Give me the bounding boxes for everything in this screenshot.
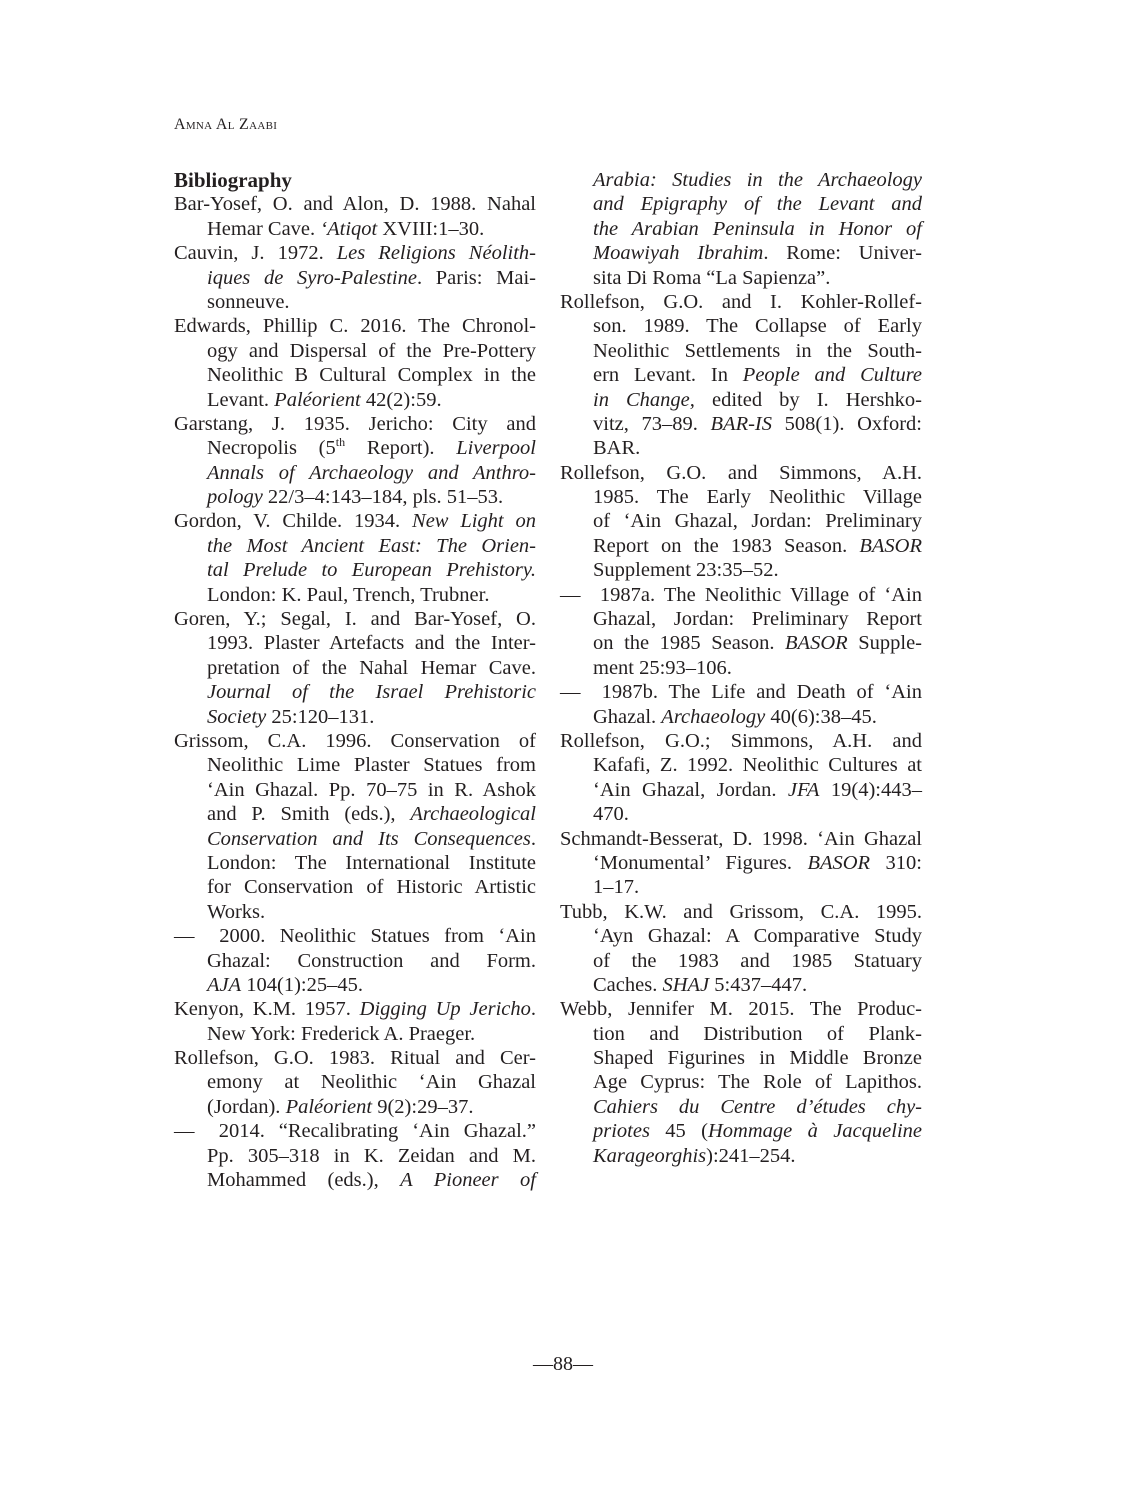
text: ‘Ayn Ghazal: A Comparative Study	[593, 925, 922, 947]
entry-line: — 2014. “Recalibrating ‘Ain Ghazal.”	[174, 1119, 536, 1143]
bibliography-right-column: Arabia: Studies in the Archaeologyand Ep…	[560, 168, 922, 1168]
text: Age Cyprus: The Role of Lapithos.	[593, 1071, 922, 1093]
text: .	[531, 998, 536, 1020]
text: 508(1). Oxford:	[772, 413, 922, 435]
entry-line: Ghazal: Construction and Form.	[174, 949, 536, 973]
text: Rollefson, G.O. and I. Kohler-Rollef-	[560, 291, 922, 313]
entry-line: — 1987b. The Life and Death of ‘Ain	[560, 680, 922, 704]
italic-text: Paléorient	[274, 389, 361, 411]
italic-text: Journal of the Israel Prehistoric	[207, 681, 536, 703]
text: Rollefson, G.O.; Simmons, A.H. and	[560, 730, 922, 752]
italic-text: Liverpool	[456, 437, 536, 459]
text: 1985. The Early Neolithic Village	[593, 486, 922, 508]
italic-text: priotes	[593, 1120, 650, 1142]
bibliography-entry: Rollefson, G.O. and Simmons, A.H.1985. T…	[560, 461, 922, 583]
entry-line: Edwards, Phillip C. 2016. The Chronol-	[174, 314, 536, 338]
text: London: K. Paul, Trench, Trubner.	[207, 584, 489, 606]
entry-line: Ghazal, Jordan: Preliminary Report	[560, 607, 922, 631]
italic-text: BASOR	[785, 632, 848, 654]
text: Necropolis (5	[207, 437, 336, 459]
text: Caches.	[593, 974, 662, 996]
entry-line: Cauvin, J. 1972. Les Religions Néolith-	[174, 241, 536, 265]
text: Rollefson, G.O. 1983. Ritual and Cer-	[174, 1047, 536, 1069]
italic-text: New Light on	[412, 510, 536, 532]
entry-line: Necropolis (5th Report). Liverpool	[174, 436, 536, 460]
text: Ghazal: Construction and Form.	[207, 950, 536, 972]
entry-line: ‘Ain Ghazal, Jordan. JFA 19(4):443–	[560, 778, 922, 802]
text: . Rome: Univer-	[763, 242, 922, 264]
entry-line: emony at Neolithic ‘Ain Ghazal	[174, 1070, 536, 1094]
italic-text: Hommage à Jacqueline	[708, 1120, 922, 1142]
entry-line: Supplement 23:35–52.	[560, 558, 922, 582]
entry-line: of ‘Ain Ghazal, Jordan: Preliminary	[560, 509, 922, 533]
bibliography-entry: Gordon, V. Childe. 1934. New Light onthe…	[174, 509, 536, 607]
text: 19(4):443–	[819, 779, 922, 801]
italic-text: JFA	[788, 779, 820, 801]
entry-line: 1985. The Early Neolithic Village	[560, 485, 922, 509]
text: of the 1983 and 1985 Statuary	[593, 950, 922, 972]
entry-line: Webb, Jennifer M. 2015. The Produc-	[560, 997, 922, 1021]
entry-line: Annals of Archaeology and Anthro-	[174, 461, 536, 485]
text: Edwards, Phillip C. 2016. The Chronol-	[174, 315, 536, 337]
bibliography-entry-same-author: — 2014. “Recalibrating ‘Ain Ghazal.”Pp. …	[174, 1119, 536, 1192]
text: Pp. 305–318 in K. Zeidan and M.	[207, 1145, 536, 1167]
text: 45 (	[650, 1120, 708, 1142]
italic-text: in Change,	[593, 389, 695, 411]
running-head-author: Amna Al Zaabi	[174, 116, 277, 134]
text: Tubb, K.W. and Grissom, C.A. 1995.	[560, 901, 922, 923]
entry-line: ‘Ain Ghazal. Pp. 70–75 in R. Ashok	[174, 778, 536, 802]
entry-line: pology 22/3–4:143–184, pls. 51–53.	[174, 485, 536, 509]
italic-text: Society	[207, 706, 266, 728]
italic-text: Arabia: Studies in the Archaeology	[593, 169, 922, 191]
italic-text: A Pioneer of	[400, 1169, 536, 1191]
entry-line: Arabia: Studies in the Archaeology	[560, 168, 922, 192]
entry-line: London: The International Institute	[174, 851, 536, 875]
text: sita Di Roma “La Sapienza”.	[593, 267, 830, 289]
entry-line: Hemar Cave. ‘Atiqot XVIII:1–30.	[174, 217, 536, 241]
text: . Paris: Mai-	[417, 267, 536, 289]
text: (Jordan).	[207, 1096, 286, 1118]
entry-line: Rollefson, G.O. and Simmons, A.H.	[560, 461, 922, 485]
text: Report).	[345, 437, 456, 459]
text: Bar-Yosef, O. and Alon, D. 1988. Nahal	[174, 193, 536, 215]
entry-line: ment 25:93–106.	[560, 656, 922, 680]
entry-line: Bar-Yosef, O. and Alon, D. 1988. Nahal	[174, 192, 536, 216]
entry-line: New York: Frederick A. Praeger.	[174, 1022, 536, 1046]
italic-text: Annals of Archaeology and Anthro-	[207, 462, 536, 484]
text: Rollefson, G.O. and Simmons, A.H.	[560, 462, 922, 484]
bibliography-entry: Grissom, C.A. 1996. Conservation ofNeoli…	[174, 729, 536, 924]
entry-line: 470.	[560, 802, 922, 826]
text: 25:120–131.	[266, 706, 374, 728]
italic-text: ‘Atiqot	[320, 218, 377, 240]
text: of ‘Ain Ghazal, Jordan: Preliminary	[593, 510, 922, 532]
entry-line: Levant. Paléorient 42(2):59.	[174, 388, 536, 412]
text: ‘Monumental’ Figures.	[593, 852, 807, 874]
entry-line: — 1987a. The Neolithic Village of ‘Ain	[560, 583, 922, 607]
text: Shaped Figurines in Middle Bronze	[593, 1047, 922, 1069]
entry-line: BAR.	[560, 436, 922, 460]
text: — 1987b. The Life and Death of ‘Ain	[560, 681, 922, 703]
text: — 2000. Neolithic Statues from ‘Ain	[174, 925, 536, 947]
text: and P. Smith (eds.),	[207, 803, 410, 825]
text: — 2014. “Recalibrating ‘Ain Ghazal.”	[174, 1120, 536, 1142]
entry-line: Rollefson, G.O.; Simmons, A.H. and	[560, 729, 922, 753]
entry-line: Gordon, V. Childe. 1934. New Light on	[174, 509, 536, 533]
entry-line: sita Di Roma “La Sapienza”.	[560, 266, 922, 290]
bibliography-entry: Kenyon, K.M. 1957. Digging Up Jericho.Ne…	[174, 997, 536, 1046]
text: on the 1985 Season.	[593, 632, 785, 654]
italic-text: BAR-IS	[711, 413, 772, 435]
entry-line: son. 1989. The Collapse of Early	[560, 314, 922, 338]
entry-line: London: K. Paul, Trench, Trubner.	[174, 583, 536, 607]
bibliography-title: Bibliography	[174, 168, 536, 192]
italic-text: SHAJ	[662, 974, 709, 996]
italic-text: pology	[207, 486, 263, 508]
text: Neolithic B Cultural Complex in the	[207, 364, 536, 386]
entry-line: Kenyon, K.M. 1957. Digging Up Jericho.	[174, 997, 536, 1021]
text: Kafafi, Z. 1992. Neolithic Cultures at	[593, 754, 922, 776]
entry-line: iques de Syro-Palestine. Paris: Mai-	[174, 266, 536, 290]
entry-line: Tubb, K.W. and Grissom, C.A. 1995.	[560, 900, 922, 924]
text: tion and Distribution of Plank-	[593, 1023, 922, 1045]
italic-text: Karageorghis	[593, 1145, 706, 1167]
bibliography-entry: Webb, Jennifer M. 2015. The Produc-tion …	[560, 997, 922, 1168]
entry-line: Age Cyprus: The Role of Lapithos.	[560, 1070, 922, 1094]
italic-text: tal Prelude to European Prehistory.	[207, 559, 536, 581]
italic-text: Digging Up Jericho	[360, 998, 531, 1020]
italic-text: the Most Ancient East: The Orien-	[207, 535, 536, 557]
text: Mohammed (eds.),	[207, 1169, 400, 1191]
text: 42(2):59.	[361, 389, 442, 411]
bibliography-entry-continuation: Arabia: Studies in the Archaeologyand Ep…	[560, 168, 922, 290]
italic-text: Les Religions Néolith-	[337, 242, 536, 264]
text: — 1987a. The Neolithic Village of ‘Ain	[560, 584, 922, 606]
entry-line: Society 25:120–131.	[174, 705, 536, 729]
entry-line: on the 1985 Season. BASOR Supple-	[560, 631, 922, 655]
entry-line: the Most Ancient East: The Orien-	[174, 534, 536, 558]
entry-line: priotes 45 (Hommage à Jacqueline	[560, 1119, 922, 1143]
right-entries: Arabia: Studies in the Archaeologyand Ep…	[560, 168, 922, 1168]
text: Webb, Jennifer M. 2015. The Produc-	[560, 998, 922, 1020]
italic-text: People and Culture	[743, 364, 922, 386]
bibliography-entry-same-author: — 2000. Neolithic Statues from ‘AinGhaza…	[174, 924, 536, 997]
entry-line: (Jordan). Paléorient 9(2):29–37.	[174, 1095, 536, 1119]
text: 40(6):38–45.	[765, 706, 877, 728]
entry-line: vitz, 73–89. BAR-IS 508(1). Oxford:	[560, 412, 922, 436]
text: edited by I. Hershko-	[695, 389, 922, 411]
text: Levant.	[207, 389, 274, 411]
italic-text: BASOR	[807, 852, 870, 874]
text: Kenyon, K.M. 1957.	[174, 998, 360, 1020]
bibliography-left-column: Bibliography Bar-Yosef, O. and Alon, D. …	[174, 168, 536, 1192]
text: 1–17.	[593, 876, 639, 898]
text: Gordon, V. Childe. 1934.	[174, 510, 412, 532]
bibliography-entry: Goren, Y.; Segal, I. and Bar-Yosef, O.19…	[174, 607, 536, 729]
text: Supple-	[848, 632, 922, 654]
text: Ghazal, Jordan: Preliminary Report	[593, 608, 922, 630]
bibliography-entry: Bar-Yosef, O. and Alon, D. 1988. NahalHe…	[174, 192, 536, 241]
bibliography-entry: Edwards, Phillip C. 2016. The Chronol-og…	[174, 314, 536, 412]
italic-text: Archaeology	[661, 706, 765, 728]
italic-text: Paléorient	[286, 1096, 373, 1118]
text: Supplement 23:35–52.	[593, 559, 779, 581]
text: Neolithic Lime Plaster Statues from	[207, 754, 536, 776]
bibliography-entry-same-author: — 1987a. The Neolithic Village of ‘AinGh…	[560, 583, 922, 681]
italic-text: Conservation and Its Consequences	[207, 828, 531, 850]
bibliography-entry: Rollefson, G.O.; Simmons, A.H. andKafafi…	[560, 729, 922, 827]
entry-line: tal Prelude to European Prehistory.	[174, 558, 536, 582]
text: 470.	[593, 803, 629, 825]
text: London: The International Institute	[207, 852, 536, 874]
italic-text: Moawiyah Ibrahim	[593, 242, 763, 264]
entry-line: tion and Distribution of Plank-	[560, 1022, 922, 1046]
bibliography-entry: Rollefson, G.O. and I. Kohler-Rollef-son…	[560, 290, 922, 461]
text: Schmandt-Besserat, D. 1998. ‘Ain Ghazal	[560, 828, 922, 850]
text: th	[336, 435, 345, 449]
entry-line: 1–17.	[560, 875, 922, 899]
italic-text: Archaeological	[410, 803, 536, 825]
entry-line: Schmandt-Besserat, D. 1998. ‘Ain Ghazal	[560, 827, 922, 851]
entry-line: ‘Monumental’ Figures. BASOR 310:	[560, 851, 922, 875]
text: Neolithic Settlements in the South-	[593, 340, 922, 362]
text: .	[531, 828, 536, 850]
text: Grissom, C.A. 1996. Conservation of	[174, 730, 536, 752]
bibliography-entry: Cauvin, J. 1972. Les Religions Néolith-i…	[174, 241, 536, 314]
italic-text: AJA	[207, 974, 241, 996]
text: Garstang, J. 1935. Jericho: City and	[174, 413, 536, 435]
text: ogy and Dispersal of the Pre-Pottery	[207, 340, 536, 362]
entry-line: sonneuve.	[174, 290, 536, 314]
entry-line: — 2000. Neolithic Statues from ‘Ain	[174, 924, 536, 948]
bibliography-entry: Garstang, J. 1935. Jericho: City andNecr…	[174, 412, 536, 510]
entry-line: and P. Smith (eds.), Archaeological	[174, 802, 536, 826]
text: BAR.	[593, 437, 640, 459]
entry-line: Report on the 1983 Season. BASOR	[560, 534, 922, 558]
bibliography-entry-same-author: — 1987b. The Life and Death of ‘AinGhaza…	[560, 680, 922, 729]
entry-line: Garstang, J. 1935. Jericho: City and	[174, 412, 536, 436]
entry-line: Karageorghis):241–254.	[560, 1144, 922, 1168]
text: ‘Ain Ghazal. Pp. 70–75 in R. Ashok	[207, 779, 536, 801]
text: emony at Neolithic ‘Ain Ghazal	[207, 1071, 536, 1093]
text: Hemar Cave.	[207, 218, 320, 240]
italic-text: iques de Syro-Palestine	[207, 267, 417, 289]
text: 1993. Plaster Artefacts and the Inter-	[207, 632, 536, 654]
bibliography-entry: Rollefson, G.O. 1983. Ritual and Cer-emo…	[174, 1046, 536, 1119]
entry-line: the Arabian Peninsula in Honor of	[560, 217, 922, 241]
entry-line: Moawiyah Ibrahim. Rome: Univer-	[560, 241, 922, 265]
entry-line: for Conservation of Historic Artistic	[174, 875, 536, 899]
text: vitz, 73–89.	[593, 413, 711, 435]
text: sonneuve.	[207, 291, 290, 313]
text: XVIII:1–30.	[377, 218, 484, 240]
entry-line: Journal of the Israel Prehistoric	[174, 680, 536, 704]
text: Cauvin, J. 1972.	[174, 242, 337, 264]
text: 5:437–447.	[709, 974, 807, 996]
entry-line: and Epigraphy of the Levant and	[560, 192, 922, 216]
entry-line: 1993. Plaster Artefacts and the Inter-	[174, 631, 536, 655]
entry-line: in Change, edited by I. Hershko-	[560, 388, 922, 412]
text: Goren, Y.; Segal, I. and Bar-Yosef, O.	[174, 608, 536, 630]
entry-line: of the 1983 and 1985 Statuary	[560, 949, 922, 973]
entry-line: Neolithic Settlements in the South-	[560, 339, 922, 363]
entry-line: Ghazal. Archaeology 40(6):38–45.	[560, 705, 922, 729]
text: pretation of the Nahal Hemar Cave.	[207, 657, 536, 679]
text: for Conservation of Historic Artistic	[207, 876, 536, 898]
italic-text: BASOR	[859, 535, 922, 557]
entry-line: Neolithic Lime Plaster Statues from	[174, 753, 536, 777]
entry-line: Pp. 305–318 in K. Zeidan and M.	[174, 1144, 536, 1168]
entry-line: ogy and Dispersal of the Pre-Pottery	[174, 339, 536, 363]
entry-line: Cahiers du Centre d’études chy-	[560, 1095, 922, 1119]
text: ern Levant. In	[593, 364, 743, 386]
entry-line: Goren, Y.; Segal, I. and Bar-Yosef, O.	[174, 607, 536, 631]
left-entries: Bar-Yosef, O. and Alon, D. 1988. NahalHe…	[174, 192, 536, 1192]
bibliography-entry: Tubb, K.W. and Grissom, C.A. 1995.‘Ayn G…	[560, 900, 922, 998]
text: ‘Ain Ghazal, Jordan.	[593, 779, 788, 801]
entry-line: AJA 104(1):25–45.	[174, 973, 536, 997]
entry-line: pretation of the Nahal Hemar Cave.	[174, 656, 536, 680]
page-number: —88—	[0, 1353, 1126, 1376]
text: ment 25:93–106.	[593, 657, 732, 679]
text: ):241–254.	[706, 1145, 795, 1167]
italic-text: and Epigraphy of the Levant and	[593, 193, 922, 215]
entry-line: Rollefson, G.O. and I. Kohler-Rollef-	[560, 290, 922, 314]
text: 9(2):29–37.	[372, 1096, 473, 1118]
text: Ghazal.	[593, 706, 661, 728]
entry-line: ern Levant. In People and Culture	[560, 363, 922, 387]
entry-line: Caches. SHAJ 5:437–447.	[560, 973, 922, 997]
text: New York: Frederick A. Praeger.	[207, 1023, 475, 1045]
text: Works.	[207, 901, 265, 923]
entry-line: Neolithic B Cultural Complex in the	[174, 363, 536, 387]
text: 22/3–4:143–184, pls. 51–53.	[263, 486, 503, 508]
bibliography-entry: Schmandt-Besserat, D. 1998. ‘Ain Ghazal‘…	[560, 827, 922, 900]
entry-line: Rollefson, G.O. 1983. Ritual and Cer-	[174, 1046, 536, 1070]
text: son. 1989. The Collapse of Early	[593, 315, 922, 337]
italic-text: the Arabian Peninsula in Honor of	[593, 218, 922, 240]
text: Report on the 1983 Season.	[593, 535, 859, 557]
text: 310:	[870, 852, 922, 874]
text: 104(1):25–45.	[241, 974, 363, 996]
entry-line: Kafafi, Z. 1992. Neolithic Cultures at	[560, 753, 922, 777]
entry-line: Mohammed (eds.), A Pioneer of	[174, 1168, 536, 1192]
entry-line: Shaped Figurines in Middle Bronze	[560, 1046, 922, 1070]
entry-line: Works.	[174, 900, 536, 924]
italic-text: Cahiers du Centre d’études chy-	[593, 1096, 922, 1118]
entry-line: ‘Ayn Ghazal: A Comparative Study	[560, 924, 922, 948]
entry-line: Grissom, C.A. 1996. Conservation of	[174, 729, 536, 753]
entry-line: Conservation and Its Consequences.	[174, 827, 536, 851]
